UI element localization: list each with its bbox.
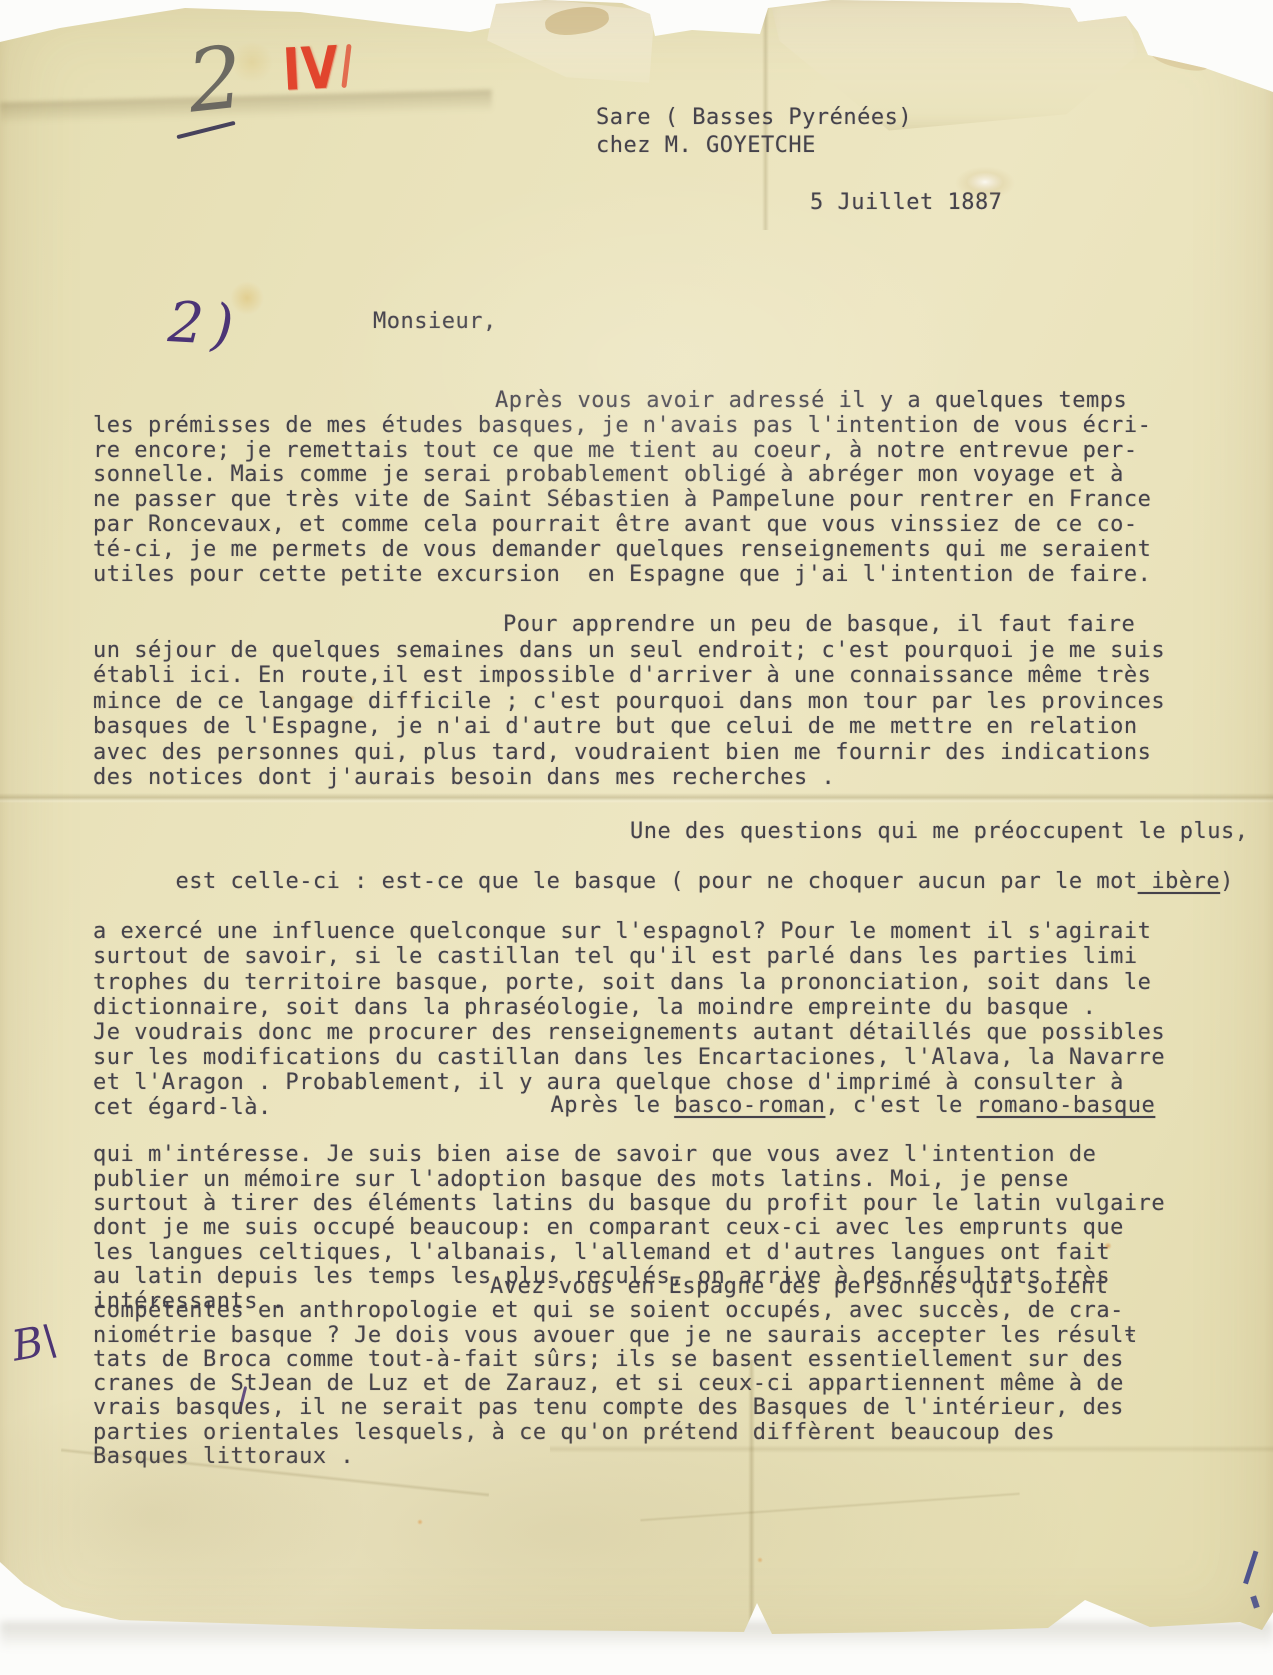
letter-line: trophes du territoire basque, porte, soi… xyxy=(93,970,1213,995)
underlined-word-basco-roman: basco-roman xyxy=(674,1093,825,1118)
letter-line: Basques littoraux . xyxy=(93,1445,1213,1469)
letter-page: 2 IV 2) B\ Sare ( Basses Pyrénées) chez … xyxy=(0,0,1273,1648)
line-segment: Après le xyxy=(550,1093,674,1118)
letter-line: par Roncevaux, et comme cela pourrait êt… xyxy=(93,513,1213,538)
letter-line: tats de Broca comme tout-à-fait sûrs; il… xyxy=(93,1348,1213,1372)
letter-line: Après le basco-roman, c'est le romano-ba… xyxy=(93,1070,1213,1143)
letter-line: niométrie basque ? Je dois vous avouer q… xyxy=(93,1324,1213,1348)
letter-line: Une des questions qui me préoccupent le … xyxy=(93,819,1213,844)
horizontal-fold-crease xyxy=(0,793,1273,803)
letter-line: basques de l'Espagne, je n'ai d'autre bu… xyxy=(93,714,1213,740)
letter-line: Avez-vous en Espagne des personnes qui s… xyxy=(93,1275,1213,1299)
letter-line: sur les modifications du castillan dans … xyxy=(93,1045,1213,1070)
letter-line: dont je me suis occupé beaucoup: en comp… xyxy=(93,1216,1213,1240)
paragraph-1: Après vous avoir adressé il y a quelques… xyxy=(93,389,1213,587)
letter-line: ne passer que très vite de Saint Sébasti… xyxy=(93,488,1213,513)
letter-line: re encore; je remettais tout ce que me t… xyxy=(93,439,1213,464)
letter-line: surtout de savoir, si le castillan tel q… xyxy=(93,944,1213,969)
ink-paragraph-number: 2) xyxy=(166,290,243,359)
line-segment: , c'est le xyxy=(825,1093,976,1118)
letter-line: parties orientales lesquels, à ce qu'on … xyxy=(93,1421,1213,1445)
letter-line: des notices dont j'aurais besoin dans me… xyxy=(93,765,1213,791)
paragraph-2: Pour apprendre un peu de basque, il faut… xyxy=(93,612,1213,791)
paragraph-5: Avez-vous en Espagne des personnes qui s… xyxy=(93,1275,1213,1469)
letter-line: les langues celtiques, l'albanais, l'all… xyxy=(93,1241,1213,1265)
letter-line: publier un mémoire sur l'adoption basque… xyxy=(93,1168,1213,1192)
letter-line: té-ci, je me permets de vous demander qu… xyxy=(93,538,1213,563)
letter-line: Je voudrais donc me procurer des renseig… xyxy=(93,1020,1213,1045)
margin-ink-mark: B\ xyxy=(8,1314,61,1370)
letter-line: compétentes en anthropologie et qui se s… xyxy=(93,1299,1213,1323)
letter-line: Après vous avoir adressé il y a quelques… xyxy=(93,389,1213,414)
salutation: Monsieur, xyxy=(373,309,497,334)
blue-pen-mark xyxy=(1243,1551,1268,1588)
tear-stain-right xyxy=(1148,41,1211,75)
blue-pen-dot xyxy=(1250,1595,1259,1608)
letter-line: sonnelle. Mais comme je serai probableme… xyxy=(93,463,1213,488)
pencil-annotation-number: 2 xyxy=(183,27,248,132)
date-line: 5 Juillet 1887 xyxy=(810,190,1002,215)
letter-line: avec des personnes qui, plus tard, voudr… xyxy=(93,740,1213,766)
letter-line: les prémisses de mes études basques, je … xyxy=(93,414,1213,439)
letter-line: un séjour de quelques semaines dans un s… xyxy=(93,638,1213,664)
letter-line: vrais basques, il ne serait pas tenu com… xyxy=(93,1396,1213,1420)
host-line: chez M. GOYETCHE xyxy=(596,132,912,160)
letter-line: a exercé une influence quelconque sur l'… xyxy=(93,919,1213,944)
red-crayon-stray-stroke xyxy=(341,44,351,88)
underlined-word-ibere: ibère xyxy=(1138,869,1220,894)
underlined-word-romano-basque: romano-basque xyxy=(977,1093,1156,1118)
red-crayon-numeral: IV xyxy=(281,33,341,104)
letter-line: mince de ce langage difficile ; c'est po… xyxy=(93,689,1213,715)
location-line: Sare ( Basses Pyrénées) xyxy=(596,104,912,132)
line-segment: est celle-ci : est-ce que le basque ( po… xyxy=(175,869,1137,894)
letter-line: qui m'intéresse. Je suis bien aise de sa… xyxy=(93,1143,1213,1167)
letter-heading: Sare ( Basses Pyrénées) chez M. GOYETCHE xyxy=(596,104,912,160)
letter-line: est celle-ci : est-ce que le basque ( po… xyxy=(93,844,1213,919)
letter-line: surtout à tirer des éléments latins du b… xyxy=(93,1192,1213,1216)
line-segment: ) xyxy=(1220,869,1234,894)
letter-line: utiles pour cette petite excursion en Es… xyxy=(93,563,1213,588)
letter-line: établi ici. En route,il est impossible d… xyxy=(93,663,1213,689)
letter-line: cranes de StJean de Luz et de Zarauz, et… xyxy=(93,1372,1213,1396)
letter-line: Pour apprendre un peu de basque, il faut… xyxy=(93,612,1213,638)
letter-line: dictionnaire, soit dans la phraséologie,… xyxy=(93,995,1213,1020)
diagonal-crease-2 xyxy=(640,1492,1019,1522)
